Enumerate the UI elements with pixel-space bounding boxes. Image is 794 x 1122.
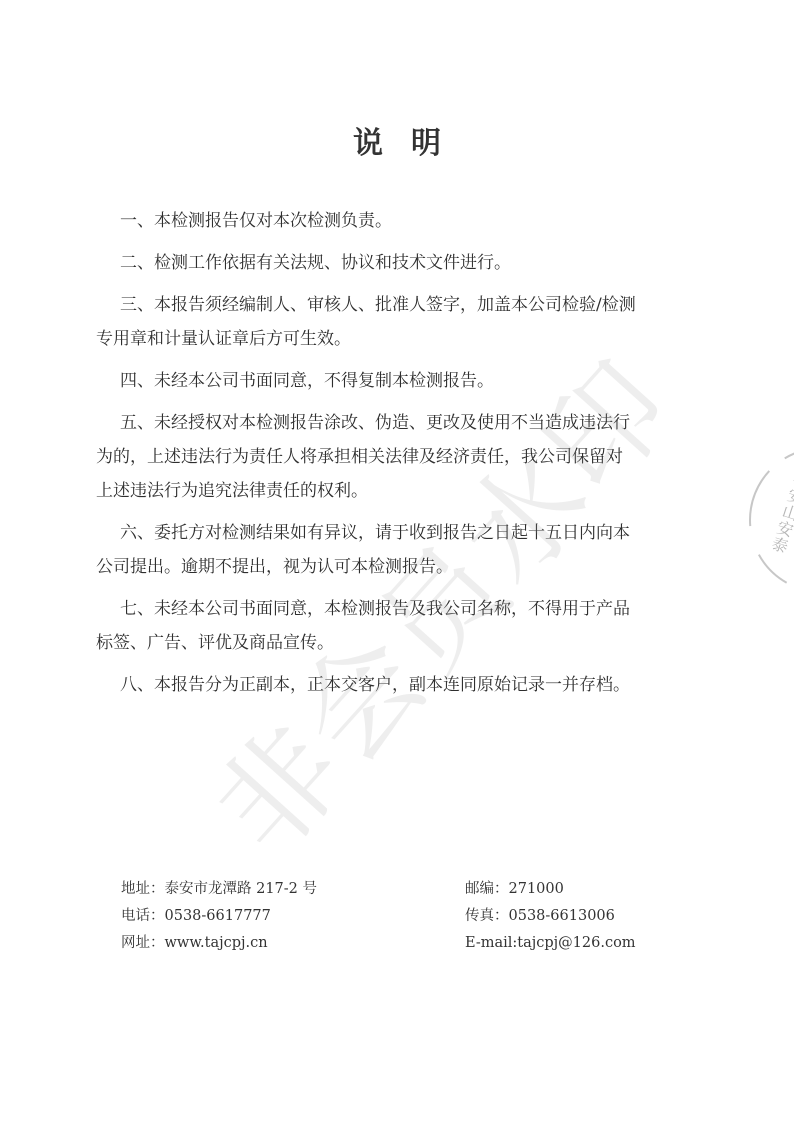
- clause-6: 六、委托方对检测结果如有异议，请于收到报告之日起十五日内向本 公司提出。逾期不提…: [118, 516, 692, 584]
- seal-text: 泰安山安泰: [765, 469, 794, 557]
- clause-8: 八、本报告分为正副本，正本交客户，副本连同原始记录一并存档。: [118, 668, 692, 702]
- clause-line: 三、本报告须经编制人、审核人、批准人签字，加盖本公司检验/检测: [118, 288, 692, 322]
- clause-list: 一、本检测报告仅对本次检测负责。 二、检测工作依据有关法规、协议和技术文件进行。…: [118, 204, 692, 702]
- page-title: 说明: [0, 118, 794, 162]
- clause-line: 六、委托方对检测结果如有异议，请于收到报告之日起十五日内向本: [118, 516, 692, 550]
- clause-7: 七、未经本公司书面同意，本检测报告及我公司名称，不得用于产品 标签、广告、评优及…: [118, 592, 692, 660]
- clause-line: 八、本报告分为正副本，正本交客户，副本连同原始记录一并存档。: [118, 668, 692, 702]
- clause-5: 五、未经授权对本检测报告涂改、伪造、更改及使用不当造成违法行 为的，上述违法行为…: [118, 406, 692, 508]
- footer-left-column: 地址：泰安市龙潭路 217-2 号 电话：0538-6617777 网址：www…: [121, 876, 317, 957]
- clause-line: 上述违法行为追究法律责任的权利。: [96, 474, 692, 508]
- footer-right-column: 邮编：271000 传真：0538-6613006 E-mail:tajcpj@…: [465, 876, 636, 957]
- clause-line: 二、检测工作依据有关法规、协议和技术文件进行。: [118, 246, 692, 280]
- document-page: 说明 一、本检测报告仅对本次检测负责。 二、检测工作依据有关法规、协议和技术文件…: [0, 0, 794, 1122]
- clause-1: 一、本检测报告仅对本次检测负责。: [118, 204, 692, 238]
- phone: 电话：0538-6617777: [121, 903, 317, 930]
- clause-line: 一、本检测报告仅对本次检测负责。: [118, 204, 692, 238]
- postcode: 邮编：271000: [465, 876, 636, 903]
- clause-line: 公司提出。逾期不提出，视为认可本检测报告。: [96, 550, 692, 584]
- email: E-mail:tajcpj@126.com: [465, 930, 636, 957]
- clause-2: 二、检测工作依据有关法规、协议和技术文件进行。: [118, 246, 692, 280]
- website: 网址：www.tajcpj.cn: [121, 930, 317, 957]
- clause-line: 为的，上述违法行为责任人将承担相关法律及经济责任，我公司保留对: [96, 440, 692, 474]
- clause-3: 三、本报告须经编制人、审核人、批准人签字，加盖本公司检验/检测 专用章和计量认证…: [118, 288, 692, 356]
- address: 地址：泰安市龙潭路 217-2 号: [121, 876, 317, 903]
- clause-line: 七、未经本公司书面同意，本检测报告及我公司名称，不得用于产品: [118, 592, 692, 626]
- clause-line: 四、未经本公司书面同意，不得复制本检测报告。: [118, 364, 692, 398]
- fax: 传真：0538-6613006: [465, 903, 636, 930]
- clause-line: 五、未经授权对本检测报告涂改、伪造、更改及使用不当造成违法行: [118, 406, 692, 440]
- clause-line: 专用章和计量认证章后方可生效。: [96, 322, 692, 356]
- clause-4: 四、未经本公司书面同意，不得复制本检测报告。: [118, 364, 692, 398]
- clause-line: 标签、广告、评优及商品宣传。: [96, 626, 692, 660]
